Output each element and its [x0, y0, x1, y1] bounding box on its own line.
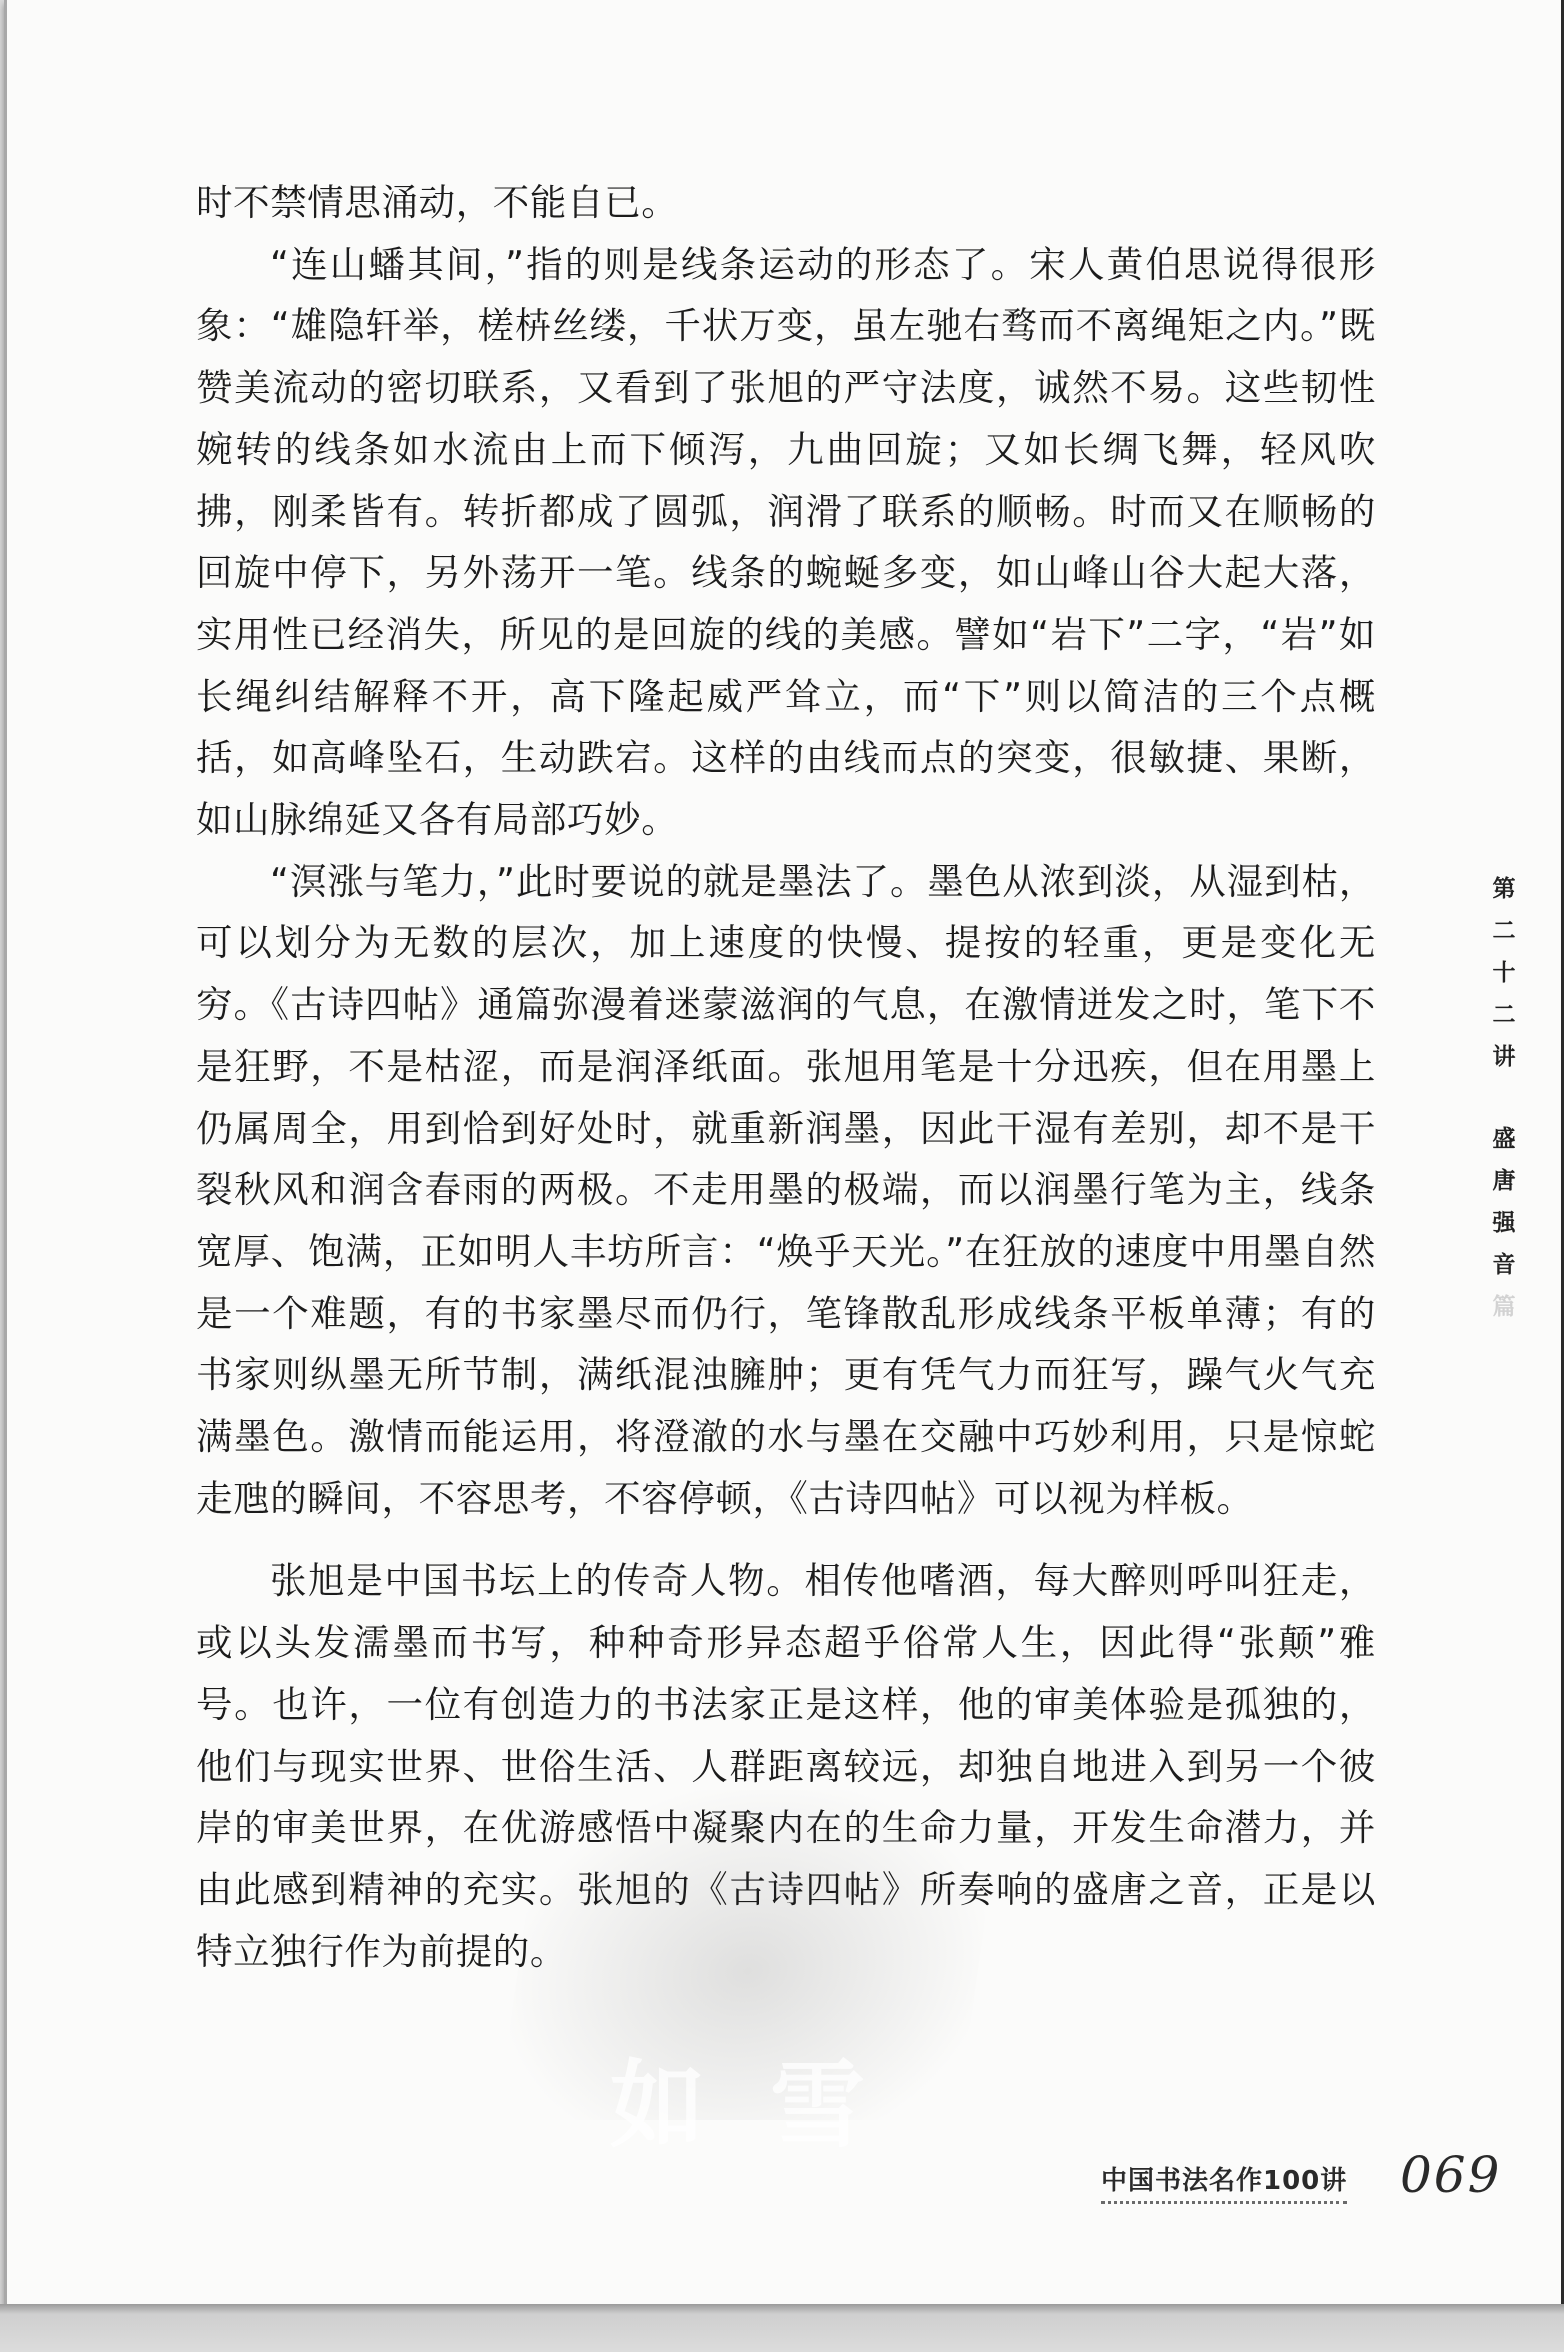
lecture-char: 十: [1493, 952, 1516, 994]
title-char: 盛: [1493, 1118, 1516, 1160]
lecture-char: 二: [1493, 994, 1516, 1036]
paragraph-1: 时不禁情思涌动，不能自已。: [196, 172, 1376, 234]
chapter-side-tab: 第 二 十 二 讲 盛 唐 强 音 篇: [1484, 868, 1524, 1328]
lecture-char: 二: [1493, 910, 1516, 952]
paragraph-2: “连山蟠其间，”指的则是线条运动的形态了。宋人黄伯思说得很形象：“雄隐轩举，槎枿…: [196, 234, 1376, 851]
paragraph-4: 张旭是中国书坛上的传奇人物。相传他嗜酒，每大醉则呼叫狂走，或以头发濡墨而书写，种…: [196, 1550, 1376, 1982]
page-bottom-shadow: [0, 2304, 1564, 2352]
watermark-glyph-2: 雪: [770, 2030, 865, 2166]
series-title: 中国书法名作100讲: [1101, 2160, 1347, 2204]
title-char: 强: [1493, 1202, 1516, 1244]
faded-char: 篇: [1493, 1286, 1516, 1328]
body-text: 时不禁情思涌动，不能自已。 “连山蟠其间，”指的则是线条运动的形态了。宋人黄伯思…: [196, 172, 1376, 1982]
title-char: 唐: [1493, 1160, 1516, 1202]
page-number: 069: [1400, 2146, 1501, 2204]
lecture-char: 讲: [1493, 1036, 1516, 1078]
watermark-glyph-1: 如: [610, 2030, 705, 2166]
paragraph-3: “溟涨与笔力，”此时要说的就是墨法了。墨色从浓到淡，从湿到枯，可以划分为无数的层…: [196, 851, 1376, 1530]
title-char: 音: [1493, 1244, 1516, 1286]
lecture-char: 第: [1493, 868, 1516, 910]
